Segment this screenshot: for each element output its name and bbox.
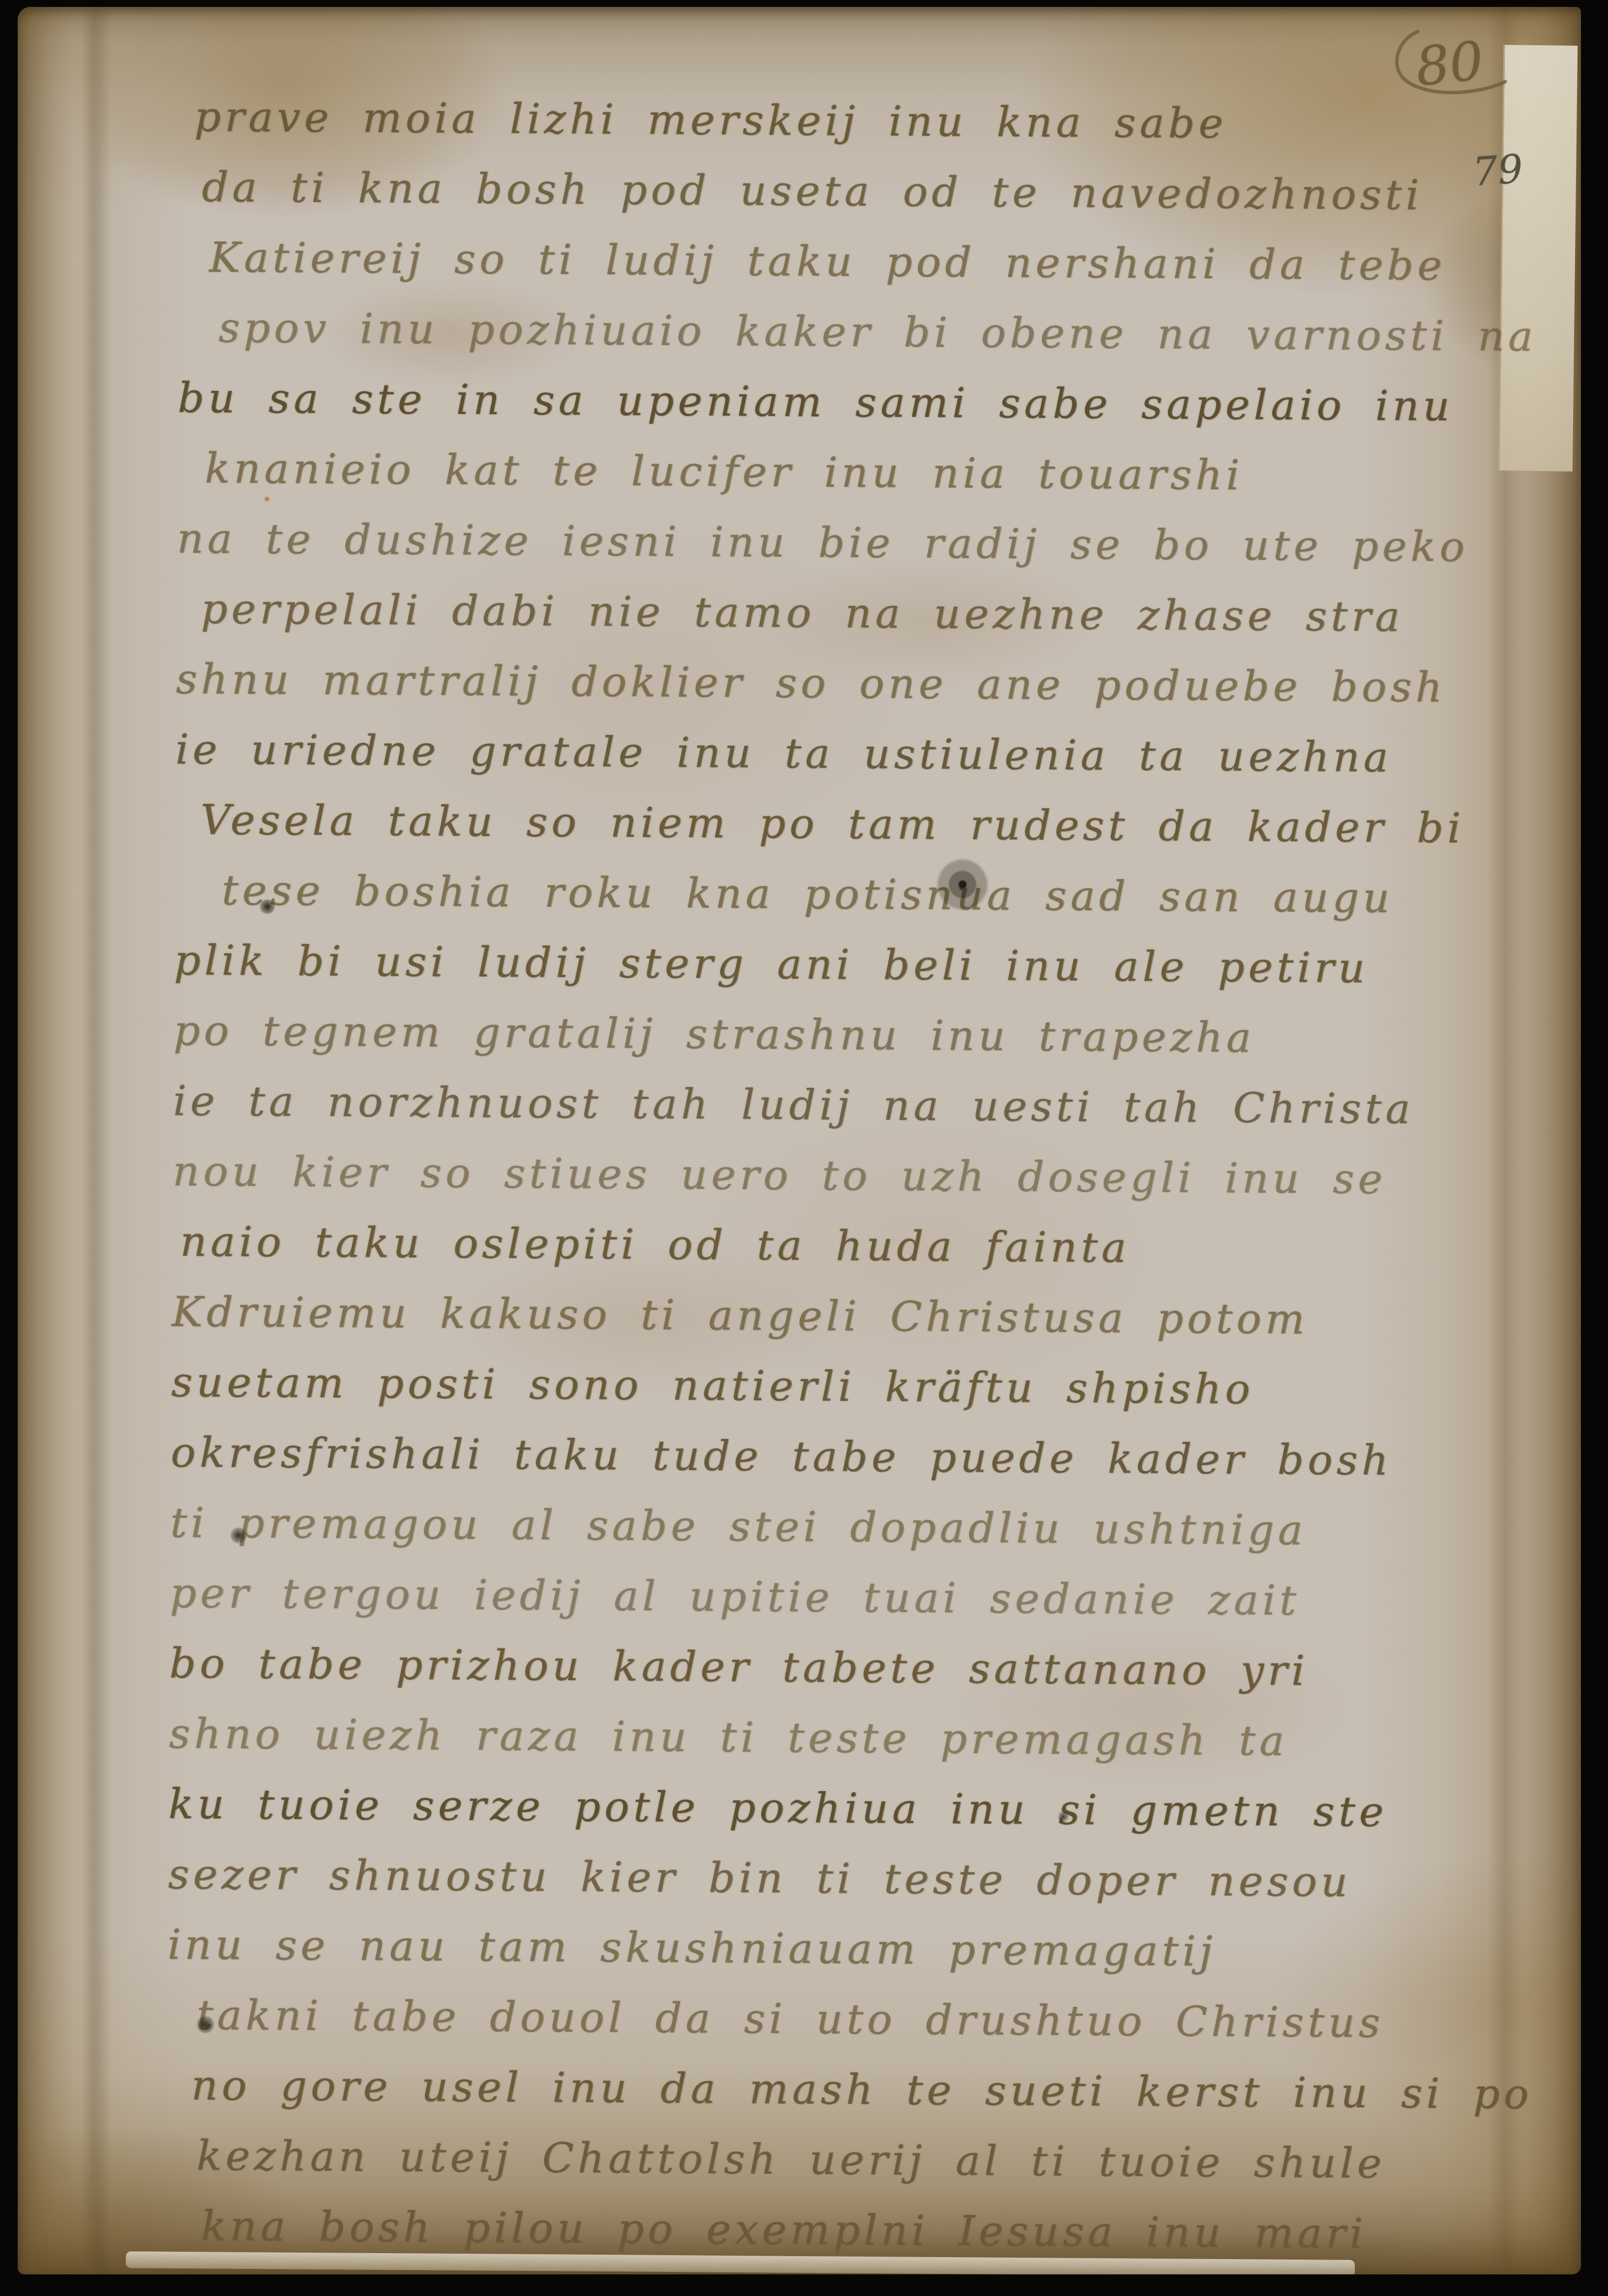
text-line: kezhan uteij Chattolsh uerij al ti tuoie… (197, 2120, 1533, 2200)
text-line: tese boshia roku kna potisnua sad san au… (222, 855, 1542, 935)
ink-speck-red (263, 496, 270, 502)
text-line: okresfrishali taku tude tabe puede kader… (171, 1417, 1538, 1497)
text-line: prave moia lizhi merskeij inu kna sabe (194, 82, 1547, 161)
ink-blot (935, 855, 990, 913)
text-line: ie ta norzhnuost tah ludij na uesti tah … (173, 1066, 1540, 1145)
text-line: bu sa ste in sa upeniam sami sabe sapela… (177, 363, 1545, 442)
text-line: suetam posti sono natierli kräftu shpish… (171, 1347, 1538, 1426)
text-line: po tegnem gratalij strashnu inu trapezha (174, 996, 1541, 1075)
binding-crease (82, 7, 111, 2274)
manuscript-page: 80 79 prave moia lizhi merskeij inu kna … (18, 7, 1581, 2274)
text-line: na te dushize iesni inu bie radij se bo … (176, 503, 1544, 583)
folio-number-value: 80 (1413, 30, 1487, 98)
text-line: ti premagou al sabe stei dopadliu ushtni… (170, 1488, 1537, 1567)
text-line: spov inu pozhiuaio kaker bi obene na var… (218, 293, 1545, 372)
ink-blot (196, 2016, 215, 2033)
text-line: da ti kna bosh pod useta od te navedozhn… (202, 152, 1546, 231)
text-line: shno uiezh raza inu ti teste premagash t… (169, 1699, 1536, 1778)
text-line: shnu martralij doklier so one ane podueb… (175, 644, 1543, 723)
text-line: naio taku oslepiti od ta huda fainta (180, 1207, 1539, 1286)
text-line: per tergou iedij al upitie tuai sedanie … (170, 1558, 1537, 1637)
text-line: bo tabe prizhou kader tabete sattanano y… (169, 1628, 1536, 1707)
scan-background: 80 79 prave moia lizhi merskeij inu kna … (0, 0, 1608, 2296)
manuscript-text: prave moia lizhi merskeij inu kna sabeda… (166, 82, 1547, 2270)
text-line: Katiereij so ti ludij taku pod nershani … (209, 222, 1546, 301)
ink-blot (259, 899, 276, 914)
text-line: Kdruiemu kakuso ti angeli Christusa poto… (172, 1277, 1539, 1356)
ink-blot (230, 1527, 247, 1544)
text-line: sezer shnuostu kier bin ti teste doper n… (168, 1839, 1535, 1918)
text-line: kna bosh pilou po exemplni Iesusa inu ma… (201, 2191, 1533, 2270)
text-line: inu se nau tam skushniauam premagatij (167, 1910, 1534, 1989)
ink-blot (1057, 1810, 1070, 1823)
text-line: ie uriedne gratale inu ta ustiulenia ta … (175, 714, 1543, 794)
text-line: knanieio kat te lucifer inu nia touarshi (205, 433, 1544, 512)
text-line: perpelali dabi nie tamo na uezhne zhase … (201, 574, 1543, 653)
text-line: plik bi usi ludij sterg ani beli inu ale… (174, 925, 1541, 1004)
text-line: takni tabe douol da si uto drushtuo Chri… (196, 1980, 1534, 2059)
text-line: nou kier so stiues uero to uzh dosegli i… (173, 1136, 1540, 1215)
text-line: Vesela taku so niem po tam rudest da kad… (201, 785, 1542, 864)
text-line: ku tuoie serze potle pozhiua inu si gmet… (168, 1769, 1535, 1848)
text-line: no gore usel inu da mash te sueti kerst … (191, 2050, 1533, 2129)
